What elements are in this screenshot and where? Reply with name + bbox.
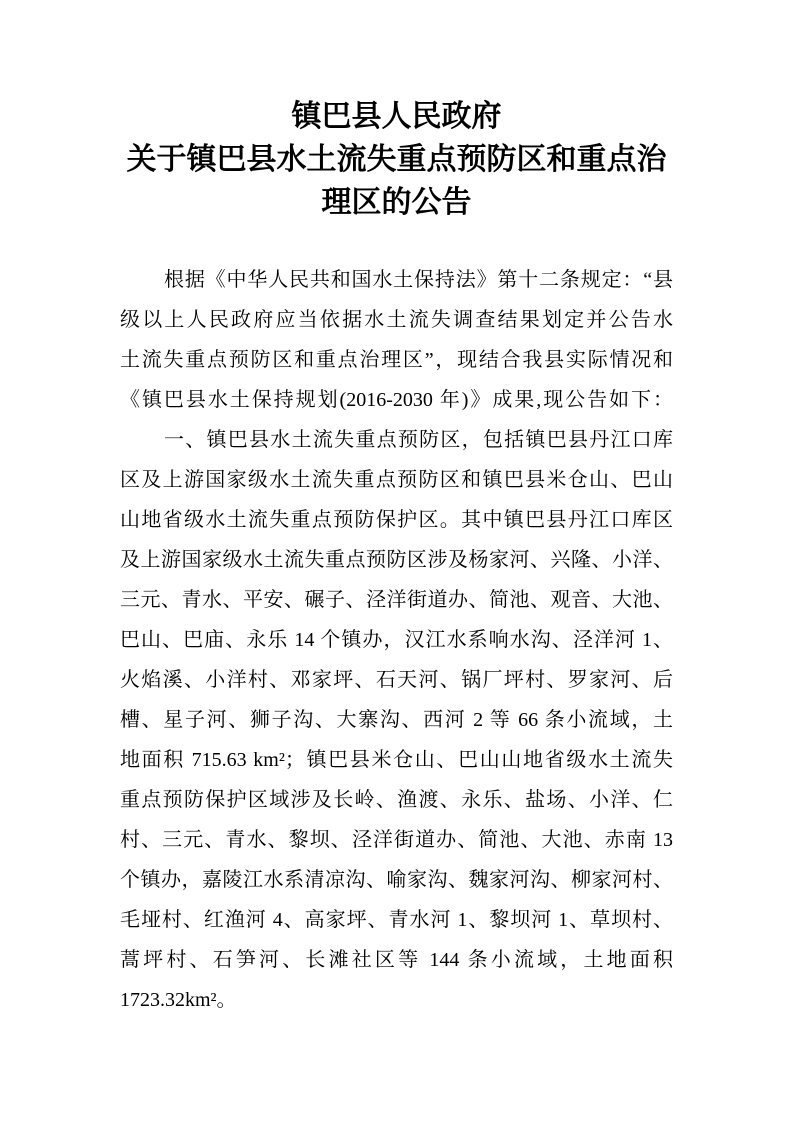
text-line: 土流失重点预防区和重点治理区”，现结合我县实际情况和 xyxy=(120,340,673,380)
text-line: 村、三元、青水、黎坝、泾洋街道办、简池、大池、赤南 13 xyxy=(120,820,673,860)
text-line: 个镇办，嘉陵江水系清凉沟、喻家沟、魏家河沟、柳家河村、 xyxy=(120,860,673,900)
title-line-3: 理区的公告 xyxy=(0,181,793,224)
text-line: 《镇巴县水土保持规划(2016-2030 年)》成果,现公告如下： xyxy=(120,380,673,420)
text-line: 巴山、巴庙、永乐 14 个镇办，汉江水系响水沟、泾洋河 1、 xyxy=(120,620,673,660)
title-line-1: 镇巴县人民政府 xyxy=(0,95,793,138)
text-line: 一、镇巴县水土流失重点预防区，包括镇巴县丹江口库 xyxy=(120,420,673,460)
text-line: 区及上游国家级水土流失重点预防区和镇巴县米仓山、巴山 xyxy=(120,460,673,500)
paragraph-1: 根据《中华人民共和国水土保持法》第十二条规定：“县 级以上人民政府应当依据水土流… xyxy=(120,260,673,420)
text-line: 火焰溪、小洋村、邓家坪、石天河、锅厂坪村、罗家河、后 xyxy=(120,660,673,700)
text-line: 山地省级水土流失重点预防保护区。其中镇巴县丹江口库区 xyxy=(120,500,673,540)
paragraph-2: 一、镇巴县水土流失重点预防区，包括镇巴县丹江口库 区及上游国家级水土流失重点预防… xyxy=(120,420,673,1020)
text-line: 及上游国家级水土流失重点预防区涉及杨家河、兴隆、小洋、 xyxy=(120,540,673,580)
document-title: 镇巴县人民政府 关于镇巴县水土流失重点预防区和重点治 理区的公告 xyxy=(0,0,793,224)
text-line: 蒿坪村、石笋河、长滩社区等 144 条小流域，土地面积 xyxy=(120,940,673,980)
text-line: 地面积 715.63 km²；镇巴县米仓山、巴山山地省级水土流失 xyxy=(120,740,673,780)
text-line: 槽、星子河、狮子沟、大寨沟、西河 2 等 66 条小流域，土 xyxy=(120,700,673,740)
text-line: 级以上人民政府应当依据水土流失调查结果划定并公告水 xyxy=(120,300,673,340)
text-line: 1723.32km²。 xyxy=(120,980,673,1020)
text-line: 根据《中华人民共和国水土保持法》第十二条规定：“县 xyxy=(120,260,673,300)
title-line-2: 关于镇巴县水土流失重点预防区和重点治 xyxy=(0,138,793,181)
document-body: 根据《中华人民共和国水土保持法》第十二条规定：“县 级以上人民政府应当依据水土流… xyxy=(120,260,673,1020)
text-line: 三元、青水、平安、碾子、泾洋街道办、简池、观音、大池、 xyxy=(120,580,673,620)
document-page: 镇巴县人民政府 关于镇巴县水土流失重点预防区和重点治 理区的公告 根据《中华人民… xyxy=(0,0,793,1122)
text-line: 毛垭村、红渔河 4、高家坪、青水河 1、黎坝河 1、草坝村、 xyxy=(120,900,673,940)
text-line: 重点预防保护区域涉及长岭、渔渡、永乐、盐场、小洋、仁 xyxy=(120,780,673,820)
